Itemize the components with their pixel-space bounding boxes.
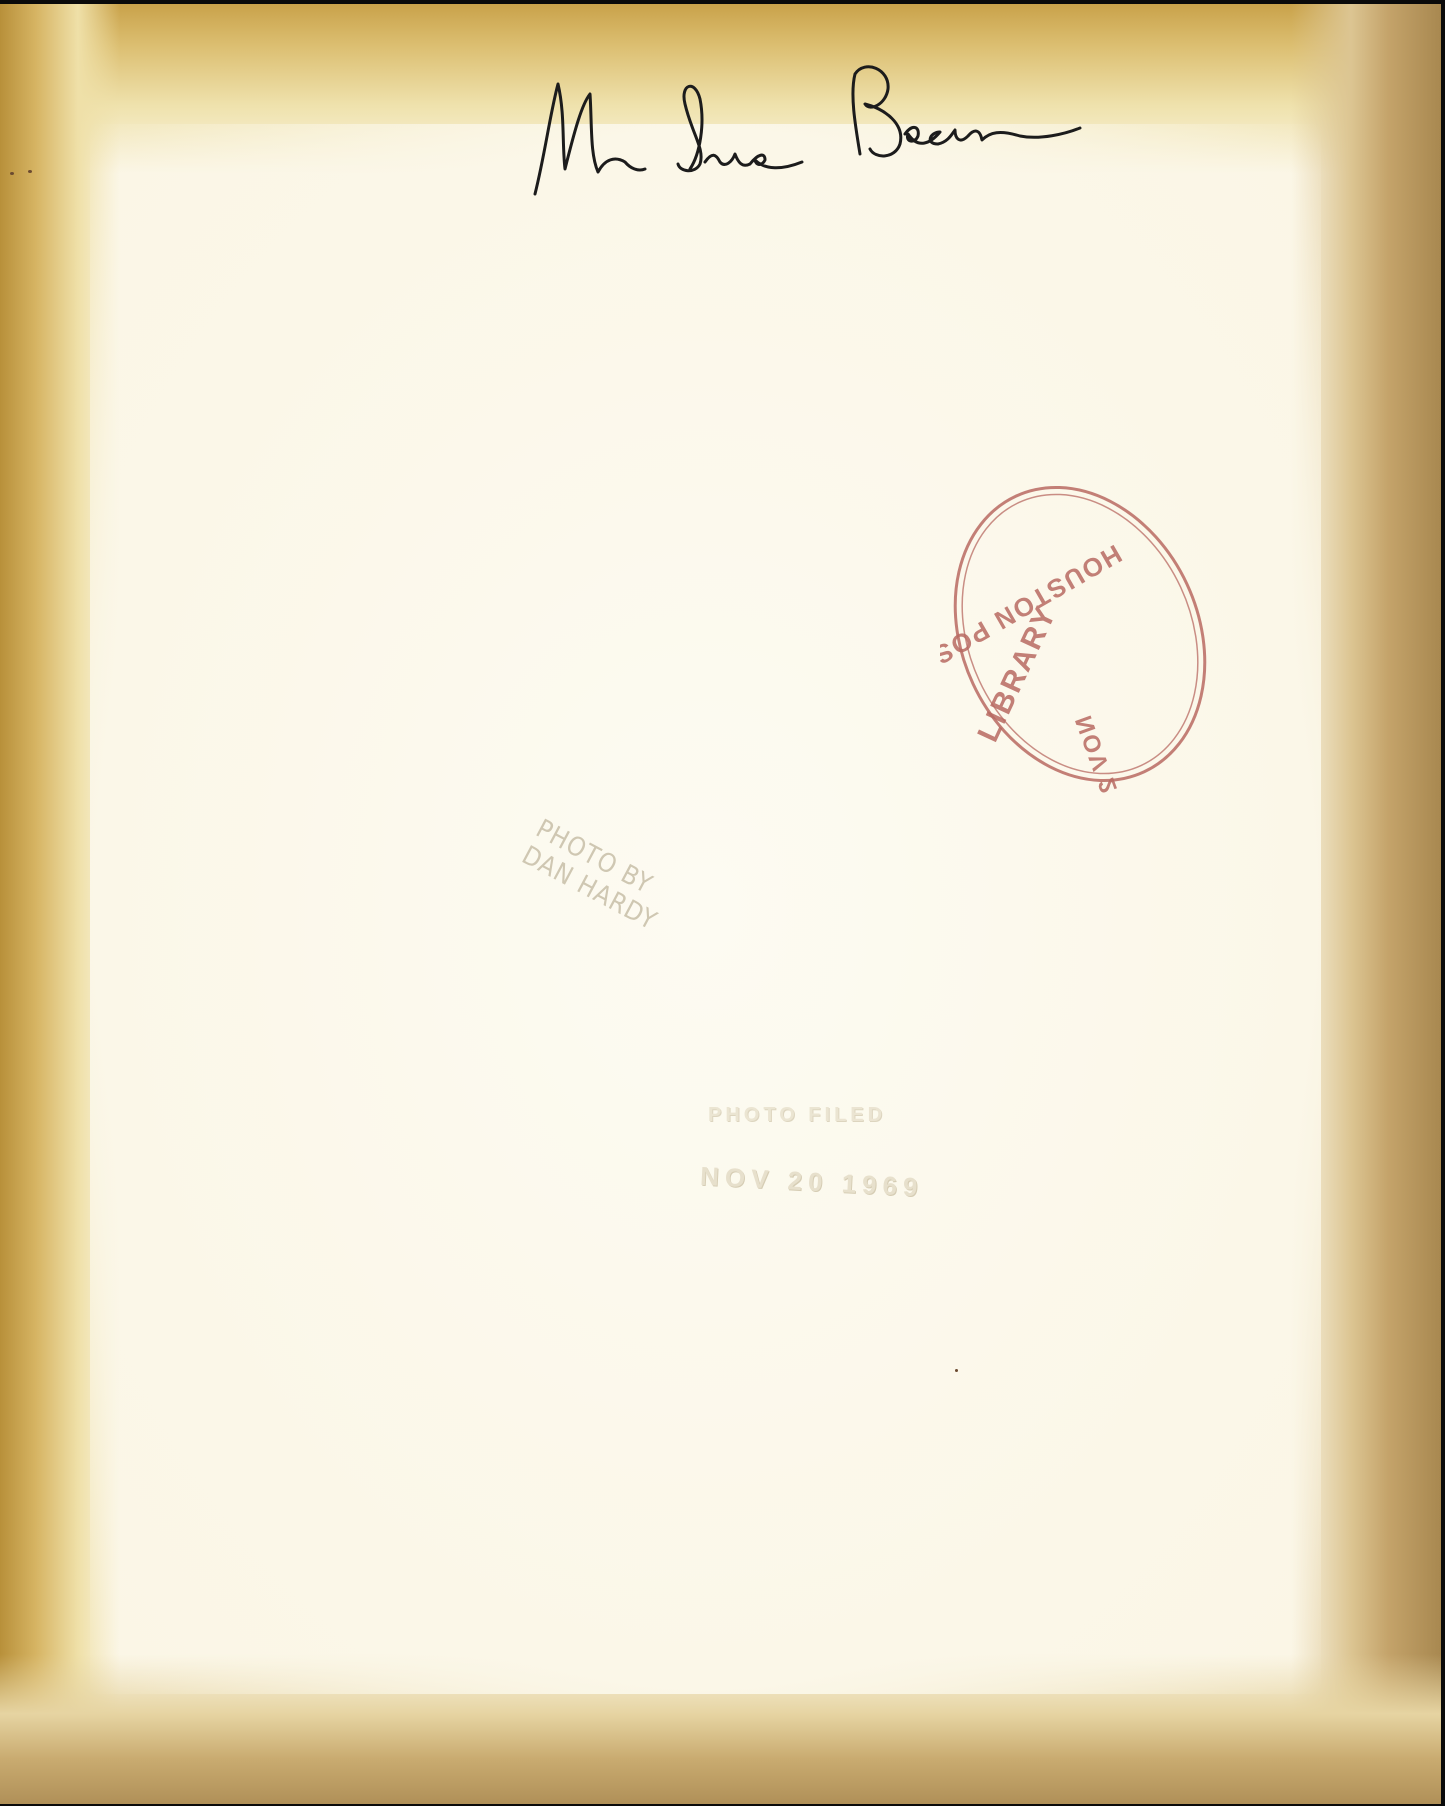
paper-center [90, 124, 1321, 1694]
stamp-date: NOV 2 0 1969 [1070, 712, 1156, 794]
filed-label: PHOTO FILED [708, 1104, 940, 1127]
filed-date: NOV 20 1969 [699, 1161, 940, 1205]
library-stamp: HOUSTON POST LIBRARY NOV 2 0 1969 [940, 474, 1220, 794]
signature-strokes-icon [520, 44, 1200, 204]
oval-stamp-icon: HOUSTON POST LIBRARY NOV 2 0 1969 [940, 474, 1220, 794]
handwritten-name: Mrs Sue Bean [520, 44, 1200, 204]
photo-back-sheet: Mrs Sue Bean HOUSTON POS [0, 4, 1441, 1804]
foxing-spot [28, 170, 32, 173]
filed-date-stamp: PHOTO FILED NOV 20 1969 [700, 1104, 940, 1224]
foxing-spot [10, 172, 14, 175]
dust-speck [955, 1369, 958, 1372]
